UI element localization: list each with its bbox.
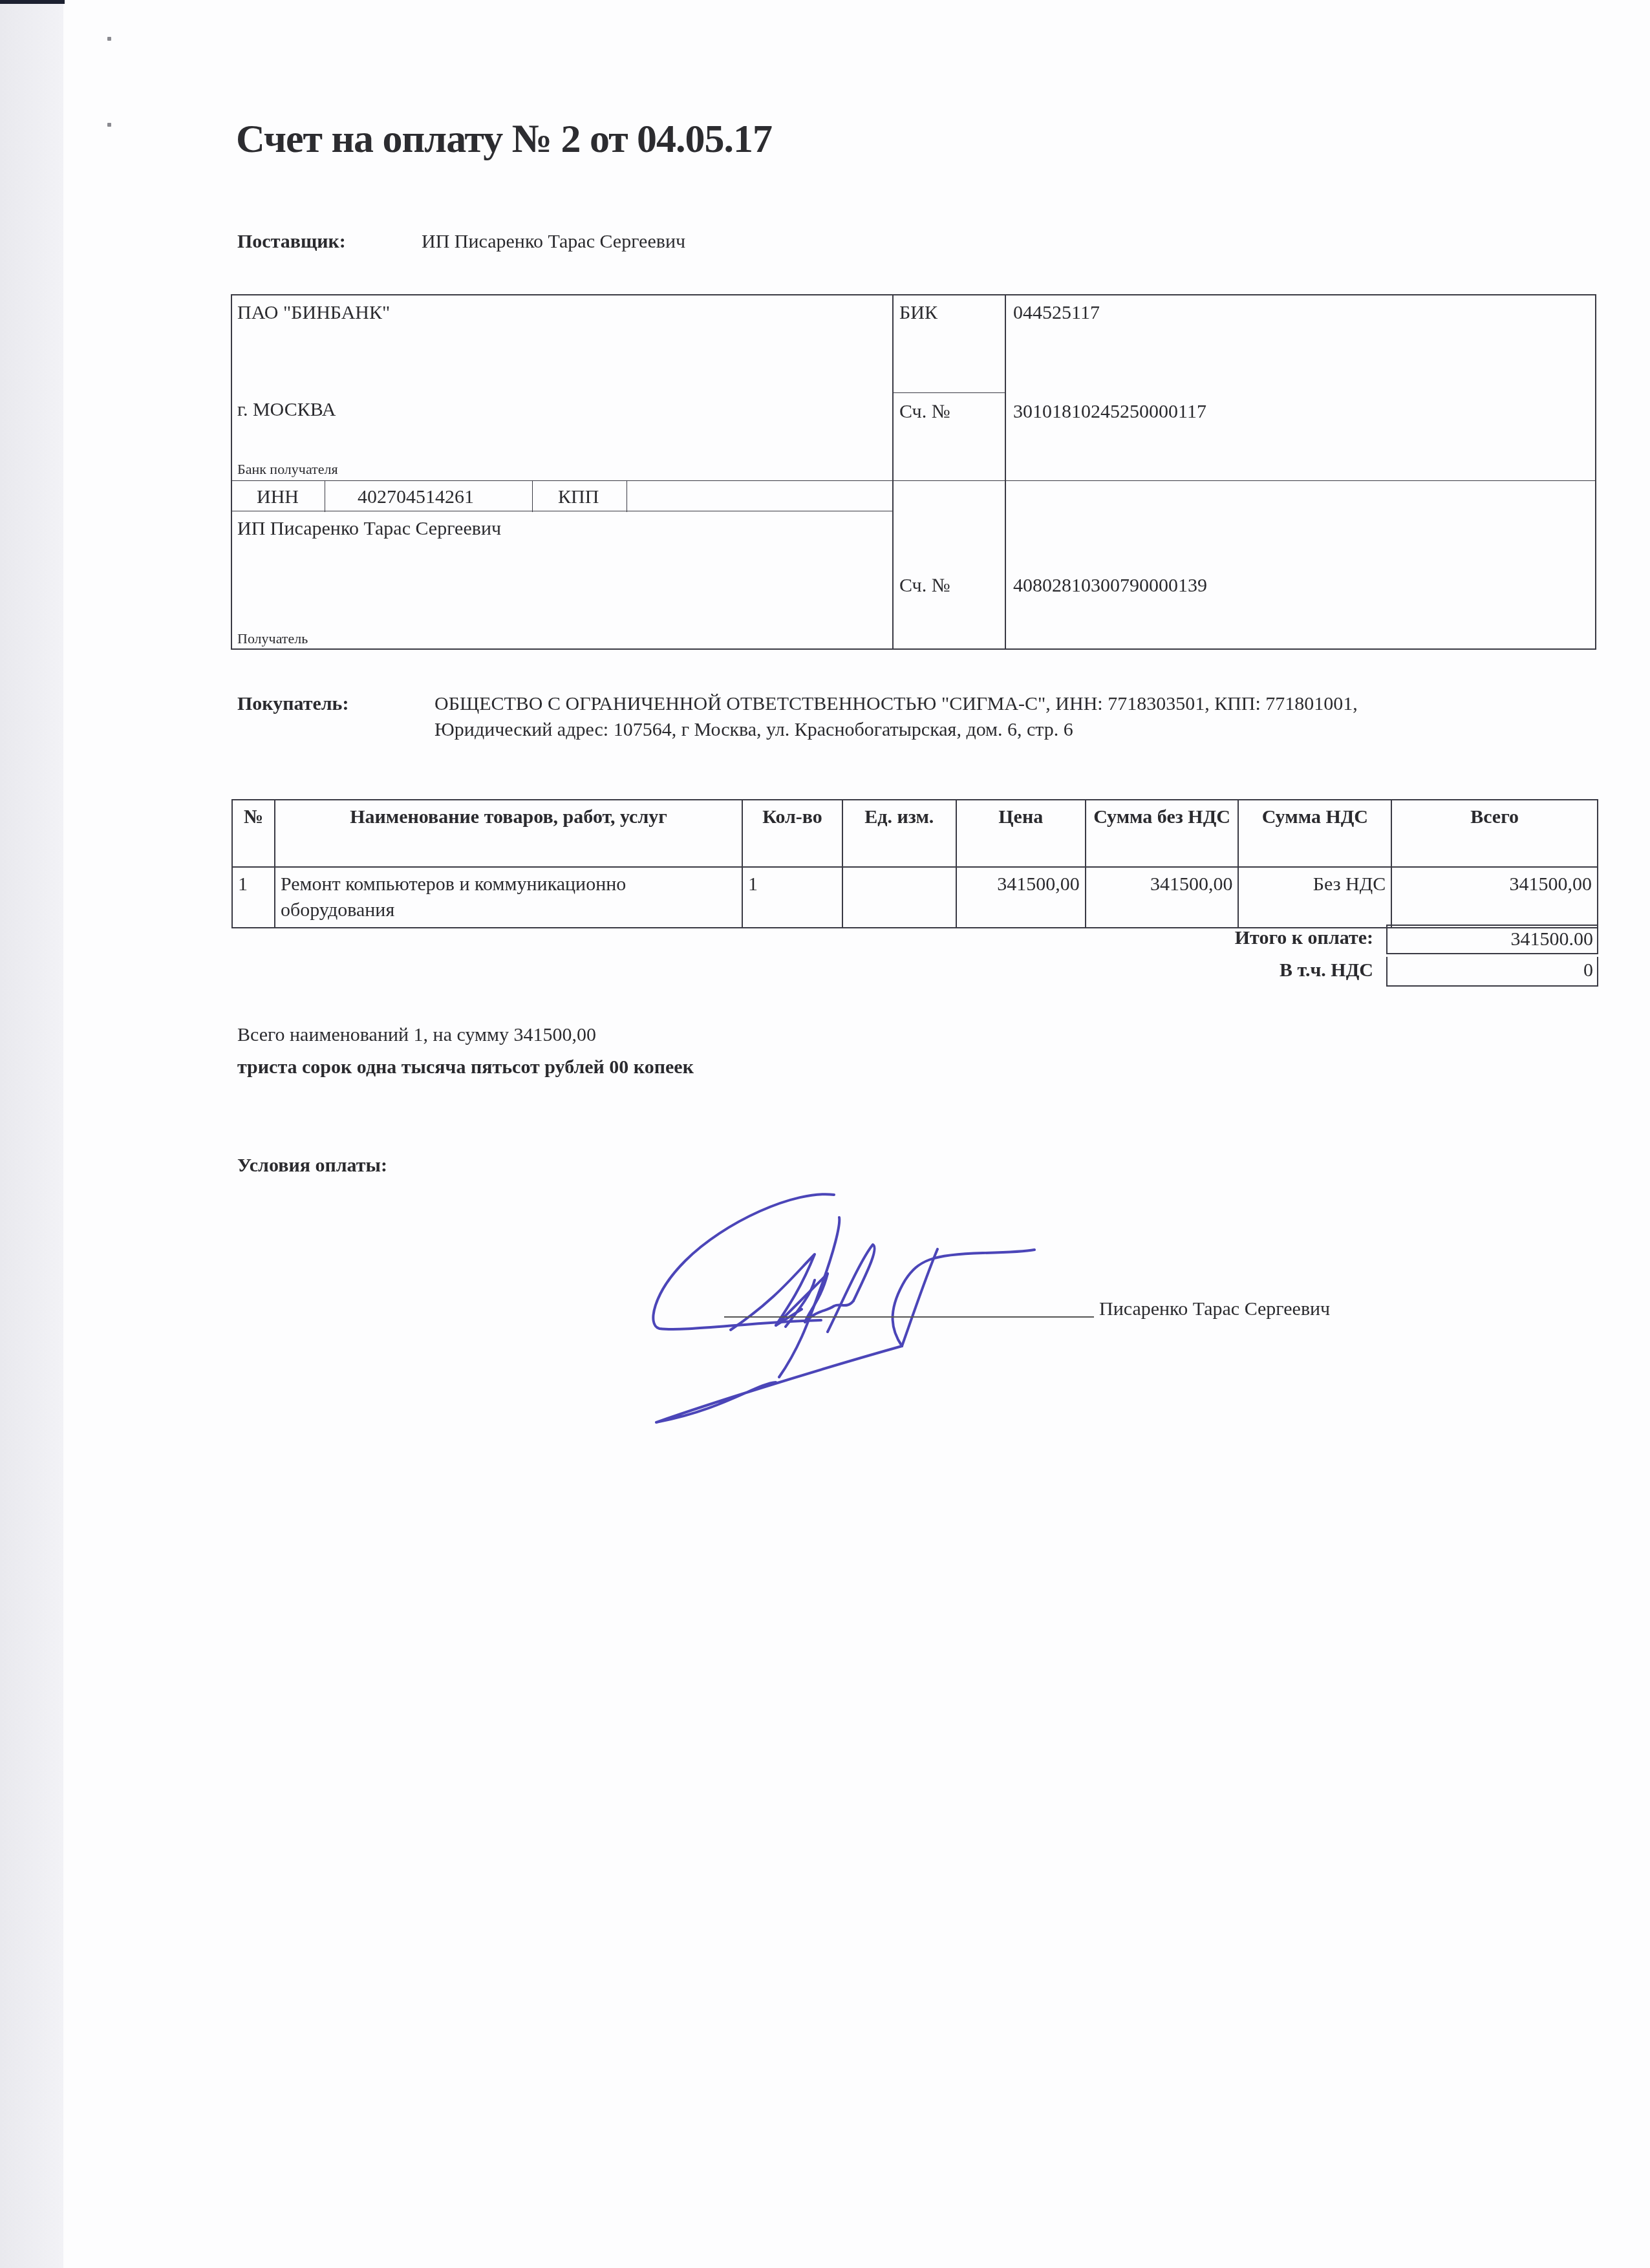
scanner-edge-top (0, 0, 65, 4)
cell-sum-without-vat: 341500,00 (1086, 867, 1239, 928)
col-header-qty: Кол-во (742, 800, 842, 867)
cell-name: Ремонт компьютеров и коммуникационно обо… (275, 867, 742, 928)
cell-total: 341500,00 (1391, 867, 1598, 928)
scan-speck (107, 123, 111, 127)
col-header-unit: Ед. изм. (842, 800, 956, 867)
col-header-vat: Сумма НДС (1238, 800, 1391, 867)
col-header-price: Цена (956, 800, 1086, 867)
bank-city: г. МОСКВА (237, 399, 336, 421)
bik-value: 044525117 (1013, 302, 1100, 324)
account-value: 40802810300790000139 (1013, 575, 1207, 597)
bank-divider (627, 480, 628, 512)
table-row: 1 Ремонт компьютеров и коммуникационно о… (232, 867, 1598, 928)
totals-block: Итого к оплате: 341500.00 В т.ч. НДС 0 (1164, 925, 1598, 989)
vat-row: В т.ч. НДС 0 (1164, 957, 1598, 989)
vat-value: 0 (1386, 957, 1598, 987)
signer-name: Писаренко Тарас Сергеевич (1099, 1298, 1330, 1320)
page-title: Счет на оплату № 2 от 04.05.17 (236, 116, 772, 162)
scan-speck (107, 37, 111, 41)
col-header-no: № (232, 800, 275, 867)
col-header-name: Наименование товаров, работ, услуг (275, 800, 742, 867)
supplier-value: ИП Писаренко Тарас Сергеевич (422, 231, 685, 253)
scanner-edge (0, 0, 63, 2268)
bank-caption: Банк получателя (237, 461, 338, 478)
bank-divider (325, 480, 326, 512)
cell-qty: 1 (742, 867, 842, 928)
recipient-caption: Получатель (237, 630, 308, 647)
items-header-row: № Наименование товаров, работ, услуг Кол… (232, 800, 1598, 867)
buyer-line-1: ОБЩЕСТВО С ОГРАНИЧЕННОЙ ОТВЕТСТВЕННОСТЬЮ… (434, 693, 1358, 715)
total-row: Итого к оплате: 341500.00 (1164, 925, 1598, 957)
supplier-label: Поставщик: (237, 231, 346, 253)
bank-details-table: ПАО "БИНБАНК" г. МОСКВА Банк получателя … (231, 294, 1596, 650)
account-label: Сч. № (899, 575, 950, 597)
cell-price: 341500,00 (956, 867, 1086, 928)
bik-label: БИК (899, 302, 937, 324)
buyer-line-2: Юридический адрес: 107564, г Москва, ул.… (434, 719, 1073, 741)
payment-conditions-label: Условия оплаты: (237, 1155, 387, 1177)
col-header-total: Всего (1391, 800, 1598, 867)
recipient-name: ИП Писаренко Тарас Сергеевич (237, 518, 501, 540)
kpp-label: КПП (558, 486, 599, 508)
bank-divider (231, 511, 894, 512)
cell-vat: Без НДС (1238, 867, 1391, 928)
bank-name: ПАО "БИНБАНК" (237, 302, 390, 324)
cell-no: 1 (232, 867, 275, 928)
inn-label: ИНН (257, 486, 299, 508)
inn-value: 402704514261 (358, 486, 474, 508)
corr-account-label: Сч. № (899, 401, 950, 423)
signature-line (724, 1316, 1094, 1318)
items-summary: Всего наименований 1, на сумму 341500,00 (237, 1024, 596, 1046)
col-header-sum-without-vat: Сумма без НДС (1086, 800, 1239, 867)
bank-divider (892, 392, 1006, 394)
bank-divider (532, 480, 533, 512)
buyer-label: Покупатель: (237, 693, 348, 715)
total-value: 341500.00 (1386, 925, 1598, 954)
amount-in-words: триста сорок одна тысяча пятьсот рублей … (237, 1056, 694, 1078)
vat-label: В т.ч. НДС (1280, 959, 1373, 981)
total-label: Итого к оплате: (1235, 927, 1373, 949)
items-table: № Наименование товаров, работ, услуг Кол… (231, 799, 1598, 928)
cell-unit (842, 867, 956, 928)
bank-divider (231, 480, 1596, 482)
corr-account-value: 30101810245250000117 (1013, 401, 1206, 423)
